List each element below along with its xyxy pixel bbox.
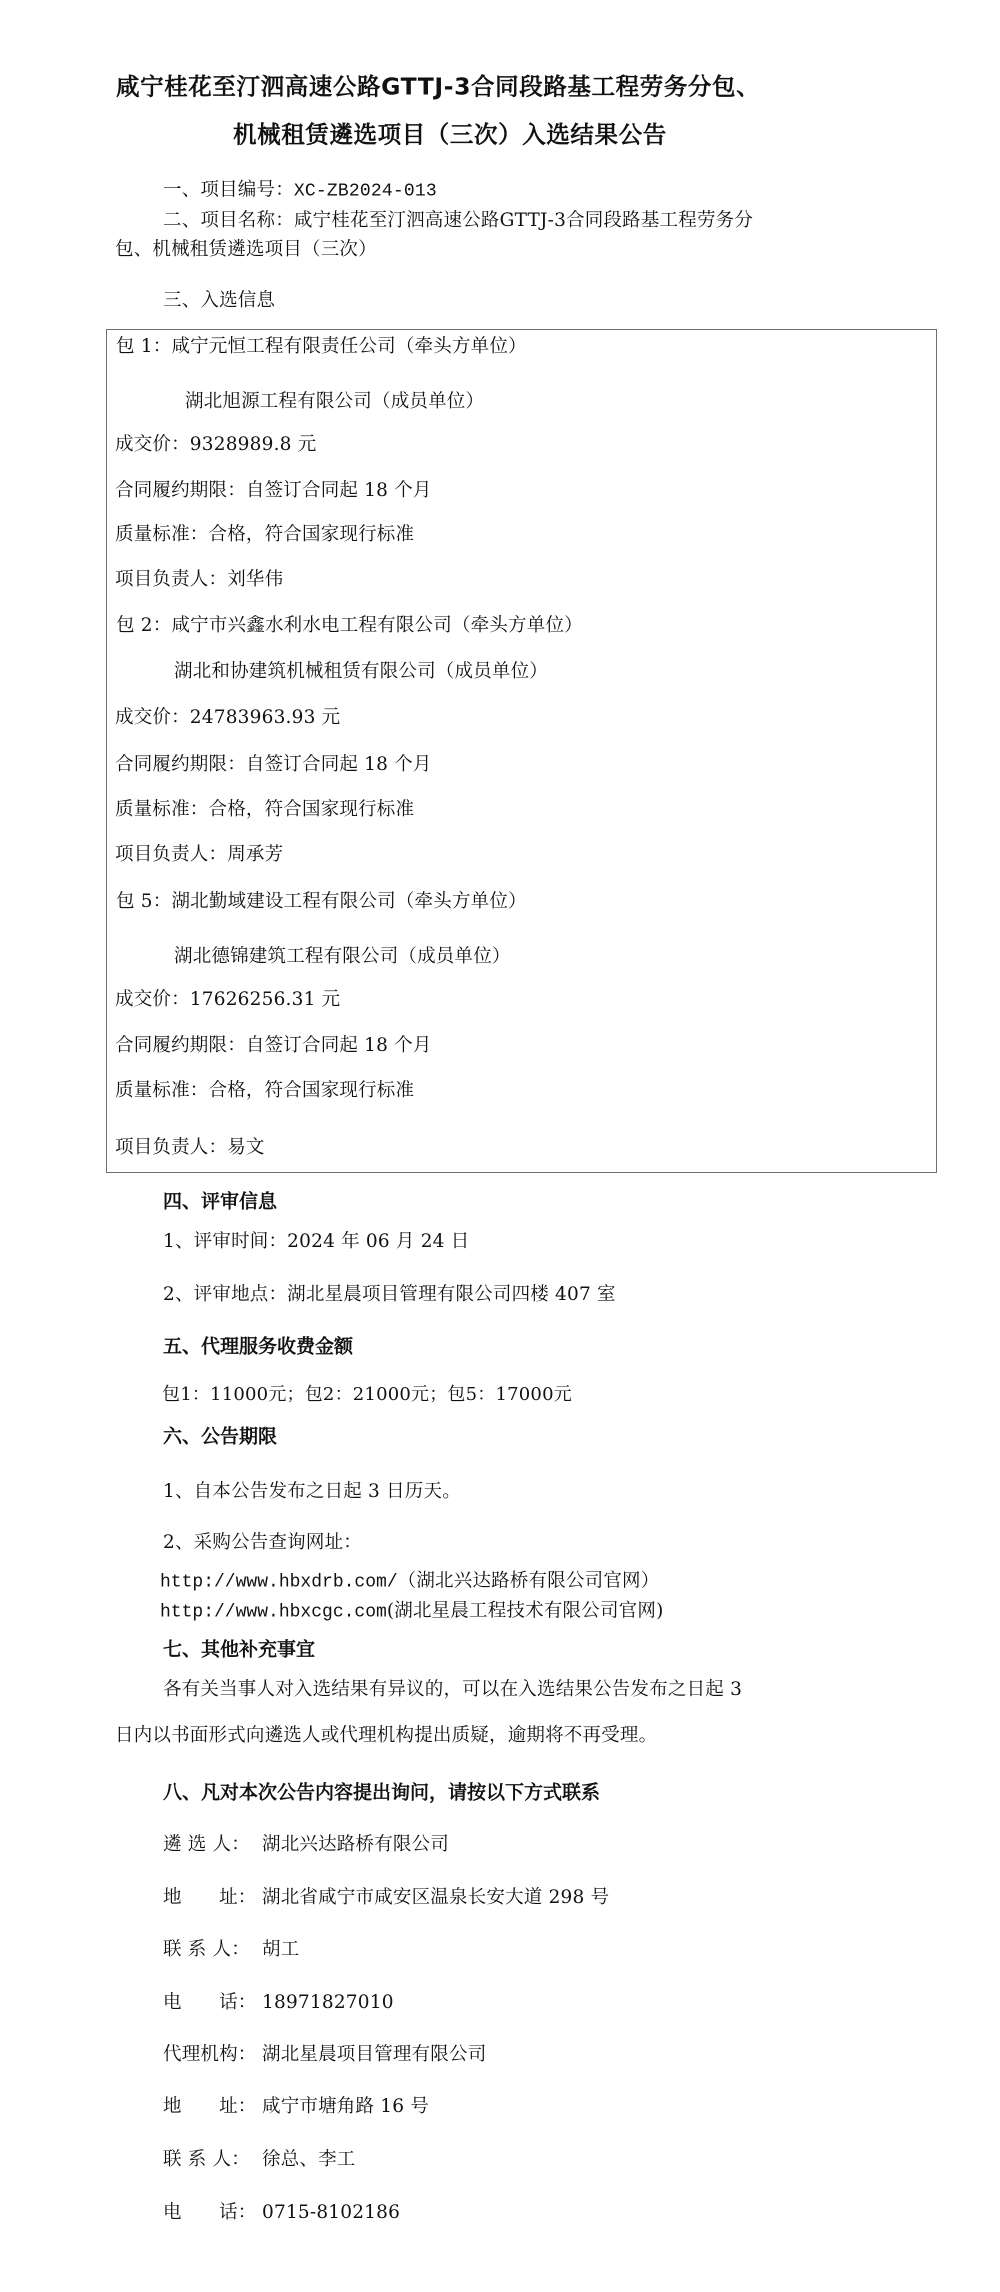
contact-label: 地 址：	[163, 2098, 262, 2117]
contact-agency-person: 联 系 人：徐总、李工	[163, 2151, 356, 2170]
package-5-member: 湖北德锦建筑工程有限公司（成员单位）	[174, 948, 511, 967]
notice-period-heading: 六、公告期限	[163, 1428, 277, 1447]
contact-value: 徐总、李工	[262, 2149, 356, 2170]
package-2-manager: 项目负责人：周承芳	[115, 846, 283, 865]
package-5-price: 成交价：17626256.31 元	[115, 991, 340, 1010]
selection-info-heading: 三、入选信息	[163, 292, 275, 311]
supplementary-paragraph-line-2: 日内以书面形式向遴选人或代理机构提出质疑，逾期将不再受理。	[115, 1727, 657, 1746]
package-2-quality: 质量标准：合格，符合国家现行标准	[115, 801, 414, 820]
contact-label: 遴 选 人：	[163, 1836, 262, 1855]
project-name-label: 二、项目名称：	[163, 210, 294, 231]
review-info-heading: 四、评审信息	[163, 1193, 277, 1212]
package-2-period: 合同履约期限：自签订合同起 18 个月	[115, 756, 432, 775]
contact-value: 湖北省咸宁市咸安区温泉长安大道 298 号	[262, 1887, 609, 1908]
contact-selector-person: 联 系 人：胡工	[163, 1941, 299, 1960]
announcement-title-line-1: 咸宁桂花至汀泗高速公路GTTJ-3合同段路基工程劳务分包、	[116, 75, 760, 99]
contact-heading: 八、凡对本次公告内容提出询问，请按以下方式联系	[163, 1784, 600, 1803]
supplementary-paragraph-line-1: 各有关当事人对入选结果有异议的，可以在入选结果公告发布之日起 3	[163, 1681, 742, 1700]
package-5-quality: 质量标准：合格，符合国家现行标准	[115, 1082, 414, 1101]
agency-fee-heading: 五、代理服务收费金额	[163, 1338, 353, 1357]
contact-value: 湖北兴达路桥有限公司	[262, 1834, 449, 1855]
contact-label: 联 系 人：	[163, 2151, 262, 2170]
project-number: 一、项目编号：XC-ZB2024-013	[163, 182, 437, 201]
contact-label: 电 话：	[163, 1994, 262, 2013]
contact-value: 胡工	[262, 1939, 299, 1960]
project-name: 二、项目名称：咸宁桂花至汀泗高速公路GTTJ-3合同段路基工程劳务分	[163, 212, 753, 231]
contact-label: 地 址：	[163, 1889, 262, 1908]
package-2-lead: 包 2：咸宁市兴鑫水利水电工程有限公司（牵头方单位）	[116, 617, 583, 636]
url-note-2: (湖北星晨工程技术有限公司官网)	[387, 1601, 664, 1622]
url-link-hbxdrb[interactable]: http://www.hbxdrb.com/	[160, 1573, 398, 1593]
project-name-value-1: 咸宁桂花至汀泗高速公路GTTJ-3合同段路基工程劳务分	[294, 210, 753, 231]
review-time: 1、评审时间：2024 年 06 月 24 日	[163, 1233, 469, 1252]
contact-agency: 代理机构：湖北星晨项目管理有限公司	[163, 2046, 486, 2065]
agency-fee-amounts: 包1：11000元；包2：21000元；包5：17000元	[162, 1386, 572, 1404]
contact-agency-phone: 电 话：0715-8102186	[163, 2204, 400, 2223]
package-5-lead: 包 5：湖北勤域建设工程有限公司（牵头方单位）	[116, 893, 527, 912]
contact-selector-address: 地 址：湖北省咸宁市咸安区温泉长安大道 298 号	[163, 1889, 609, 1908]
package-1-period: 合同履约期限：自签订合同起 18 个月	[115, 482, 432, 501]
contact-selector-phone: 电 话：18971827010	[163, 1994, 394, 2013]
package-1-manager: 项目负责人：刘华伟	[115, 571, 283, 590]
announcement-title-line-2: 机械租赁遴选项目（三次）入选结果公告	[233, 123, 667, 147]
contact-agency-address: 地 址：咸宁市塘角路 16 号	[163, 2098, 429, 2117]
package-1-price: 成交价：9328989.8 元	[115, 436, 316, 455]
procurement-urls-label: 2、采购公告查询网址：	[163, 1534, 362, 1553]
contact-value: 18971827010	[262, 1992, 394, 2013]
contact-value: 0715-8102186	[262, 2202, 400, 2223]
package-2-member: 湖北和协建筑机械租赁有限公司（成员单位）	[174, 663, 548, 682]
notice-period-days: 1、自本公告发布之日起 3 日历天。	[163, 1483, 461, 1502]
contact-label: 电 话：	[163, 2204, 262, 2223]
contact-label: 联 系 人：	[163, 1941, 262, 1960]
review-place: 2、评审地点：湖北星晨项目管理有限公司四楼 407 室	[163, 1286, 616, 1305]
url-row-2: http://www.hbxcgc.com(湖北星晨工程技术有限公司官网)	[160, 1603, 663, 1622]
project-number-label: 一、项目编号：	[163, 180, 294, 201]
contact-value: 咸宁市塘角路 16 号	[262, 2096, 429, 2117]
supplementary-heading: 七、其他补充事宜	[163, 1641, 315, 1660]
package-1-lead: 包 1：咸宁元恒工程有限责任公司（牵头方单位）	[116, 338, 527, 357]
contact-value: 湖北星晨项目管理有限公司	[262, 2044, 486, 2065]
package-1-member: 湖北旭源工程有限公司（成员单位）	[185, 393, 484, 412]
project-number-value: XC-ZB2024-013	[294, 182, 437, 202]
project-name-continuation: 包、机械租赁遴选项目（三次）	[115, 241, 377, 260]
url-link-hbxcgc[interactable]: http://www.hbxcgc.com	[160, 1603, 387, 1623]
url-note-1: （湖北兴达路桥有限公司官网）	[398, 1571, 660, 1592]
package-2-price: 成交价：24783963.93 元	[115, 709, 340, 728]
url-row-1: http://www.hbxdrb.com/（湖北兴达路桥有限公司官网）	[160, 1573, 659, 1592]
package-5-manager: 项目负责人：易文	[115, 1139, 265, 1158]
contact-selector: 遴 选 人：湖北兴达路桥有限公司	[163, 1836, 449, 1855]
package-5-period: 合同履约期限：自签订合同起 18 个月	[115, 1037, 432, 1056]
contact-label: 代理机构：	[163, 2046, 262, 2065]
package-1-quality: 质量标准：合格，符合国家现行标准	[115, 526, 414, 545]
